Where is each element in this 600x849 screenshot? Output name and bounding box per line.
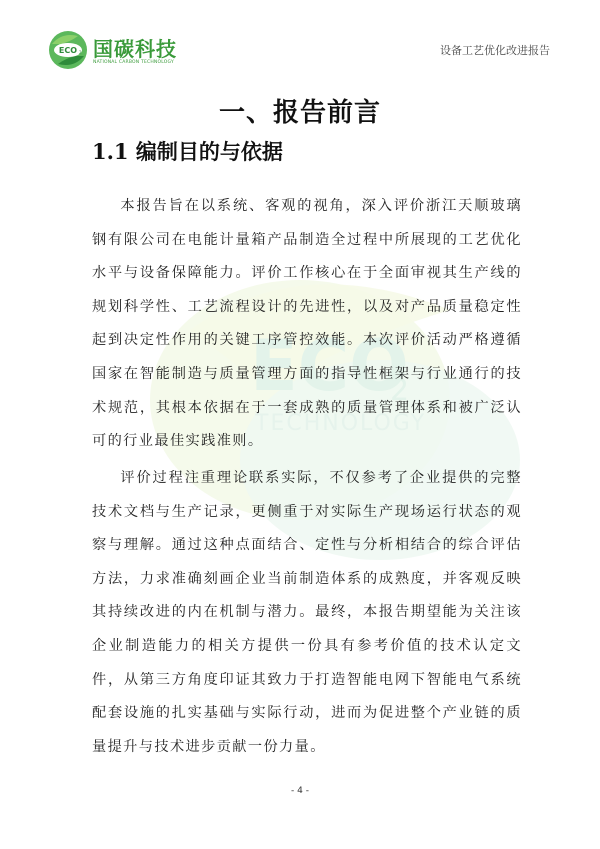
svg-text:ECO: ECO (59, 46, 77, 55)
eco2-leaf-logo-icon: ECO 2 (48, 30, 88, 70)
logo-name-cn: 国碳科技 (93, 33, 177, 62)
body-paragraph-1: 本报告旨在以系统、客观的视角，深入评价浙江天顺玻璃钢有限公司在电能计量箱产品制造… (92, 190, 522, 459)
section-title: 1.1 编制目的与依据 (92, 136, 283, 166)
page-header: ECO 2 国碳科技 NATIONAL CARBON TECHNOLOGY 设备… (0, 0, 600, 80)
logo-name-en: NATIONAL CARBON TECHNOLOGY (93, 60, 174, 65)
page-number: - 4 - (0, 786, 600, 796)
chapter-title: 一、报告前言 (0, 92, 600, 129)
report-header-title: 设备工艺优化改进报告 (440, 42, 550, 58)
body-paragraph-2: 评价过程注重理论联系实际，不仅参考了企业提供的完整技术文档与生产记录，更侧重于对… (92, 462, 522, 764)
company-logo: ECO 2 国碳科技 NATIONAL CARBON TECHNOLOGY (48, 30, 228, 72)
